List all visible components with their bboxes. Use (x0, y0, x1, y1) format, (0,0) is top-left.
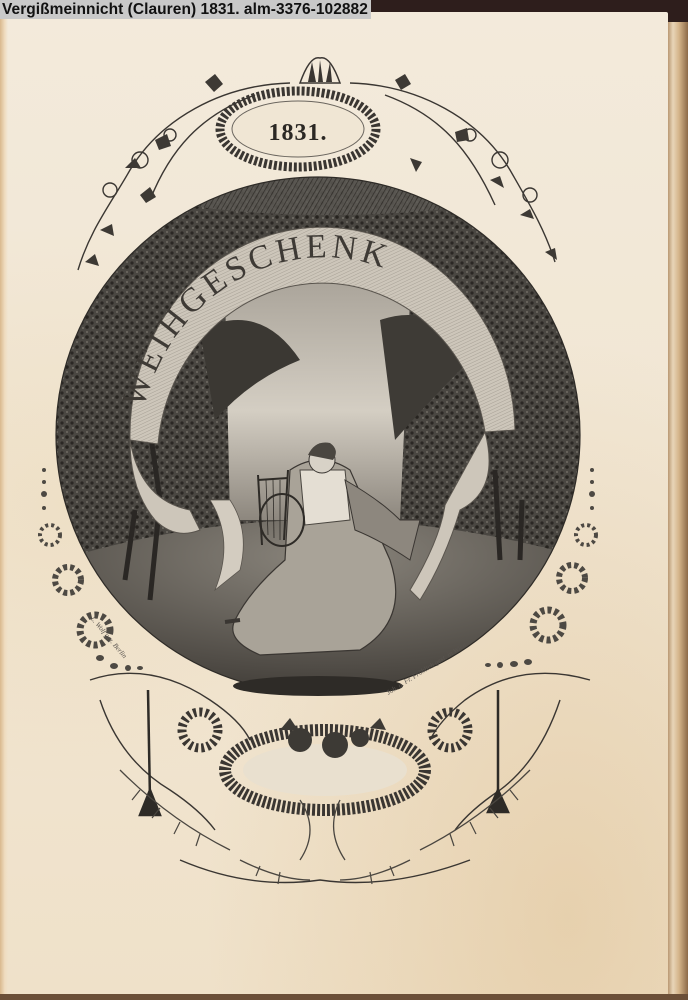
rose-wreath (225, 718, 425, 810)
year-label: 1831. (253, 120, 343, 147)
flower-bed (233, 676, 403, 696)
trumpet-icon-left (140, 690, 160, 815)
image-caption-bar: Vergißmeinnicht (Clauren) 1831. alm-3376… (0, 0, 371, 19)
caption-title: Vergißmeinnicht (Clauren) 1831. alm-3376… (2, 1, 368, 18)
engraving-vignette: WEIHGESCHENK (0, 0, 688, 1000)
top-fan-ornament (300, 58, 340, 83)
scanned-page-view: WEIHGESCHENK (0, 0, 688, 1000)
